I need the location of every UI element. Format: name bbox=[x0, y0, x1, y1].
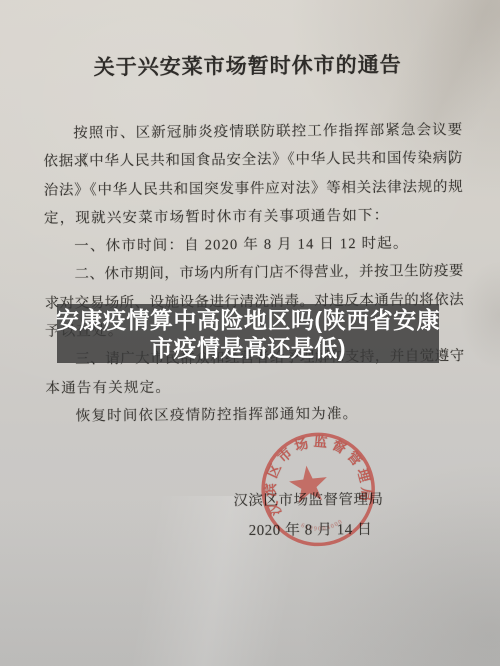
notice-photo: 关于兴安菜市场暂时休市的通告 按照市、区新冠肺炎疫情联防联控工作指挥部紧急会议要… bbox=[0, 0, 500, 666]
notice-line: 二、休市期间，市场内所有门店不得营业，并按卫生防疫要 bbox=[44, 258, 463, 290]
notice-line: 恢复时间依区疫情防控指挥部通知为准。 bbox=[46, 399, 465, 431]
headline-line-1: 安康疫情算中高险地区吗(陕西省安康 bbox=[56, 306, 440, 334]
headline-line-2: 市疫情是高还是低) bbox=[150, 334, 346, 362]
notice-line: 定，现就兴安菜市场暂时休市有关事项通告如下： bbox=[44, 201, 463, 233]
seal-arc-text: 汉滨区市场监督管理局 bbox=[255, 427, 376, 519]
notice-line: 一、休市时间：自 2020 年 8 月 14 日 12 时起。 bbox=[44, 229, 463, 261]
notice-title: 关于兴安菜市场暂时休市的通告 bbox=[0, 48, 498, 82]
notice-body: 按照市、区新冠肺炎疫情联防联控工作指挥部紧急会议要求， 依据《中华人民共和国食品… bbox=[43, 116, 465, 431]
headline-overlay-banner: 安康疫情算中高险地区吗(陕西省安康 市疫情是高还是低) bbox=[57, 304, 439, 363]
seal-code: 6109004000 bbox=[299, 518, 345, 535]
notice-line: 本通告有关规定。 bbox=[45, 371, 464, 403]
notice-line: 依据《中华人民共和国食品安全法》《中华人民共和国传染病防 bbox=[43, 144, 462, 176]
official-seal-stamp: 汉滨区市场监督管理局 6109004000 bbox=[250, 423, 387, 560]
notice-line: 治法》《中华人民共和国突发事件应对法》等相关法律法规的规 bbox=[44, 173, 463, 205]
seal-star-icon bbox=[288, 463, 330, 503]
notice-line: 按照市、区新冠肺炎疫情联防联控工作指挥部紧急会议要求， bbox=[43, 116, 462, 148]
